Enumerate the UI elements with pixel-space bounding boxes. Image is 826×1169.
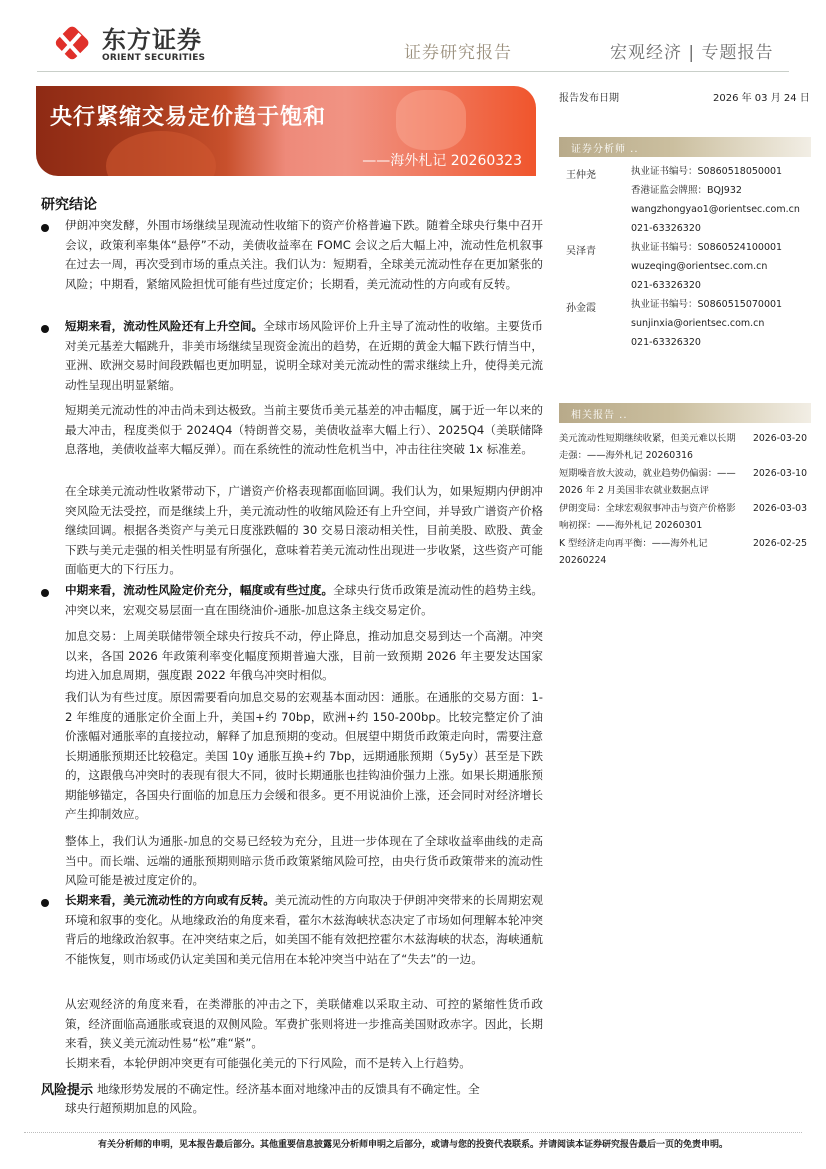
banner-decoration [106,131,216,176]
paragraph: 加息交易：上周美联储带领全球央行按兵不动，停止降息，推动加息交易到达一个高潮。冲… [65,627,543,686]
bullet-icon [41,899,49,907]
analysts-section-title: 证券分析师 .. [571,140,639,155]
related-reports-header: 相关报告 .. [559,403,811,423]
analyst-name: 王仲尧 [566,166,596,181]
related-report-title[interactable]: K 型经济走向再平衡：——海外札记 20260224 [559,535,739,569]
related-report-title[interactable]: 美元流动性短期继续收紧，但美元难以长期走强：——海外札记 20260316 [559,430,739,464]
logo-english: ORIENT SECURITIES [102,53,205,64]
publish-date: 2026 年 03 月 24 日 [713,89,810,104]
paragraph: 长期来看，本轮伊朗冲突更有可能强化美元的下行风险，而不是转入上行趋势。 [65,1054,543,1074]
bullet-icon [41,224,49,232]
hk-license: 香港证监会牌照：BQJ932 [631,181,800,200]
analyst-email[interactable]: sunjinxia@orientsec.com.cn [631,314,782,333]
banner-decoration [396,90,466,150]
analyst-name: 孙金霞 [566,299,596,314]
report-category: 宏观经济 | 专题报告 [610,38,774,63]
related-report-date: 2026-02-25 [753,535,807,552]
analyst-email[interactable]: wangzhongyao1@orientsec.com.cn [631,200,800,219]
paragraph: 我们认为有些过度。原因需要看向加息交易的宏观基本面动因：通胀。在通胀的交易方面：… [65,688,543,825]
related-report-item[interactable]: 短期噪音放大波动，就业趋势仍偏弱：——2026 年 2 月美国非农就业数据点评 … [559,465,807,499]
paragraph: 在全球美元流动性收紧带动下，广谱资产价格表现都面临回调。我们认为，如果短期内伊朗… [65,482,543,580]
paragraph: 整体上，我们认为通胀-加息的交易已经较为充分，且进一步体现在了全球收益率曲线的走… [65,832,543,891]
paragraph: 从宏观经济的角度来看，在类滞胀的冲击之下，美联储难以采取主动、可控的紧缩性货币政… [65,995,543,1054]
analyst-phone: 021-63326320 [631,276,782,295]
license-number: 执业证书编号：S0860524100001 [631,238,782,257]
risk-warning-text: 地缘形势发展的不确定性。经济基本面对地缘冲击的反馈具有不确定性。全 [97,1080,547,1100]
logo-chinese: 东方证券 [102,27,205,53]
related-report-title[interactable]: 伊朗变局：全球宏观叙事冲击与资产价格影响初探：——海外札记 20260301 [559,500,739,534]
analysts-section-header: 证券分析师 .. [559,137,811,157]
risk-warning-label: 风险提示 [41,1079,93,1098]
analyst-phone: 021-63326320 [631,333,782,352]
long-term-paragraph: 长期来看，美元流动性的方向或有反转。美元流动性的方向取决于伊朗冲突带来的长周期宏… [65,891,543,969]
section-title: 研究结论 [41,194,97,214]
short-term-paragraph: 短期来看，流动性风险还有上升空间。全球市场风险评价上升主导了流动性的收缩。主要货… [65,317,543,395]
related-report-date: 2026-03-10 [753,465,807,482]
related-report-date: 2026-03-20 [753,430,807,447]
analyst-phone: 021-63326320 [631,219,800,238]
related-report-date: 2026-03-03 [753,500,807,517]
paragraph: 短期美元流动性的冲击尚未到达极致。当前主要货币美元基差的冲击幅度，属于近一年以来… [65,401,543,460]
license-number: 执业证书编号：S0860518050001 [631,162,800,181]
analyst-email[interactable]: wuzeqing@orientsec.com.cn [631,257,782,276]
analyst-info: 执业证书编号：S0860524100001 wuzeqing@orientsec… [631,238,782,295]
bullet-icon [41,589,49,597]
mid-term-heading: 中期来看，流动性风险定价充分，幅度或有些过度。 [65,583,333,597]
related-report-item[interactable]: 伊朗变局：全球宏观叙事冲击与资产价格影响初探：——海外札记 20260301 2… [559,500,807,534]
analyst-info: 执业证书编号：S0860518050001 香港证监会牌照：BQJ932 wan… [631,162,800,238]
bullet-icon [41,325,49,333]
title-banner: 央行紧缩交易定价趋于饱和 ——海外札记 20260323 [36,86,536,176]
mid-term-paragraph: 中期来看，流动性风险定价充分，幅度或有些过度。全球央行货币政策是流动性的趋势主线… [65,581,543,620]
company-logo: 东方证券 ORIENT SECURITIES [48,26,205,64]
header-divider [37,71,789,72]
risk-warning-text-cont: 球央行超预期加息的风险。 [65,1099,204,1119]
logo-diamond-icon [48,26,94,64]
analyst-info: 执业证书编号：S0860515070001 sunjinxia@orientse… [631,295,782,352]
footer-disclaimer: 有关分析师的申明，见本报告最后部分。其他重要信息披露见分析师申明之后部分，或请与… [0,1137,826,1150]
analyst-name: 吴泽青 [566,242,596,257]
long-term-heading: 长期来看，美元流动性的方向或有反转。 [65,893,275,907]
report-subtitle: ——海外札记 20260323 [362,150,522,170]
report-title: 央行紧缩交易定价趋于饱和 [50,100,326,131]
short-term-heading: 短期来看，流动性风险还有上升空间。 [65,319,263,333]
related-report-item[interactable]: K 型经济走向再平衡：——海外札记 20260224 2026-02-25 [559,535,807,569]
related-reports-title: 相关报告 .. [571,406,628,421]
related-report-title[interactable]: 短期噪音放大波动，就业趋势仍偏弱：——2026 年 2 月美国非农就业数据点评 [559,465,739,499]
license-number: 执业证书编号：S0860515070001 [631,295,782,314]
footer-divider [24,1132,802,1133]
summary-paragraph: 伊朗冲突发酵，外围市场继续呈现流动性收缩下的资产价格普遍下跌。随着全球央行集中召… [65,216,543,294]
report-type: 证券研究报告 [404,38,512,63]
related-report-item[interactable]: 美元流动性短期继续收紧，但美元难以长期走强：——海外札记 20260316 20… [559,430,807,464]
publish-date-label: 报告发布日期 [559,89,619,104]
